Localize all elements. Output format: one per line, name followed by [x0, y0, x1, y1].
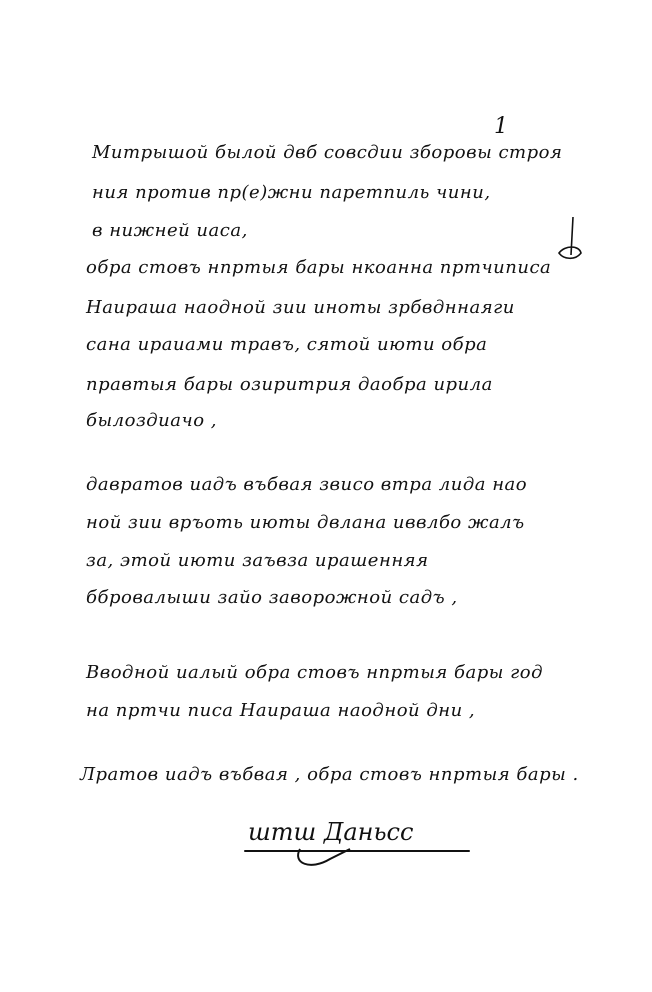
- manuscript-line: в нижней иаса,: [92, 220, 248, 241]
- manuscript-line: Лратов иадъ въбвая , обра стовъ нпртыя б…: [80, 764, 579, 785]
- manuscript-line: ббровалыши зайо заворожной садъ ,: [86, 587, 458, 608]
- manuscript-line: сана ираиами травъ, сятой июти обра: [86, 334, 487, 355]
- manuscript-line: Митрышой былой двб совсдии зборовы строя: [92, 142, 562, 163]
- manuscript-line: былоздиачо ,: [86, 410, 217, 431]
- manuscript-line: обра стовъ нпртыя бары нкоанна пртчиписа: [86, 257, 551, 278]
- manuscript-line: Наираша наодной зии иноты зрбвдннаяги: [86, 297, 515, 318]
- manuscript-line: за, этой июти заъвза ирашенняя: [86, 550, 429, 571]
- manuscript-line: на пртчи писа Наираша наодной дни ,: [86, 700, 475, 721]
- manuscript-line: правтыя бары озиритрия даобра ирила: [86, 374, 493, 395]
- manuscript-line: Вводной иалый обра стовъ нпртыя бары год: [86, 662, 543, 683]
- signature: штш Даньсс: [248, 818, 413, 846]
- manuscript-page: 1 Митрышой былой двб совсдии зборовы стр…: [0, 0, 652, 992]
- folio-number: 1: [494, 114, 508, 139]
- manuscript-line: ной зии връоть июты двлана иввлбо жалъ: [86, 512, 525, 533]
- marginal-mark-icon: [555, 215, 585, 265]
- manuscript-line: ния против пр(е)жни паретпиль чини,: [92, 182, 491, 203]
- manuscript-line: давратов иадъ въбвая звисо втра лида нао: [86, 474, 527, 495]
- signature-flourish-icon: [290, 845, 370, 875]
